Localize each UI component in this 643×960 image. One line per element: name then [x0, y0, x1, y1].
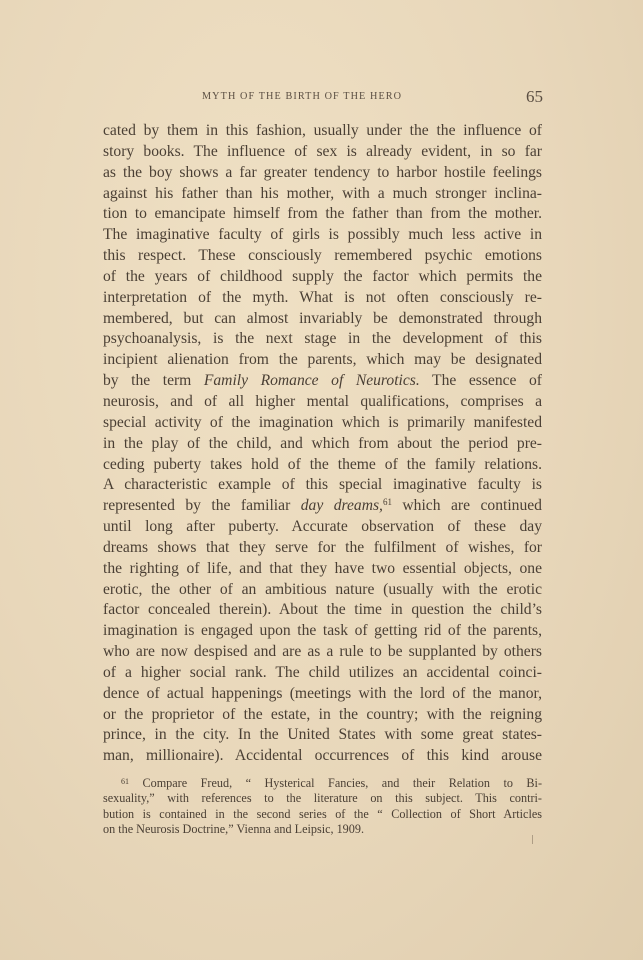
text-line: in the play of the child, and which from… [103, 434, 542, 455]
footnote-line: 61 Compare Freud, “ Hysterical Fancies, … [103, 776, 542, 791]
text-line: until long after puberty. Accurate obser… [103, 517, 542, 538]
running-title: MYTH OF THE BIRTH OF THE HERO [202, 91, 402, 102]
footnote-line: sexuality,” with references to the liter… [103, 791, 542, 806]
text-line: or the proprietor of the estate, in the … [103, 705, 542, 726]
text-line: tion to emancipate himself from the fath… [103, 204, 542, 225]
footnote-reference: 61 [383, 497, 392, 507]
text-line: erotic, the other of an ambitious nature… [103, 580, 542, 601]
text-line: incipient alienation from the parents, w… [103, 350, 542, 371]
text-line: factor concealed therein). About the tim… [103, 600, 542, 621]
text-line: neurosis, and of all higher mental quali… [103, 392, 542, 413]
text-line: A characteristic example of this special… [103, 475, 542, 496]
text-line: dreams shows that they serve for the ful… [103, 538, 542, 559]
text-line: interpretation of the myth. What is not … [103, 288, 542, 309]
text-line: of a higher social rank. The child utili… [103, 663, 542, 684]
text-line: man, millionaire). Accidental occurrence… [103, 746, 542, 767]
text-line: The imaginative faculty of girls is poss… [103, 225, 542, 246]
text-line: psychoanalysis, is the next stage in the… [103, 329, 542, 350]
footnote-line: on the Neurosis Doctrine,” Vienna and Le… [103, 822, 542, 837]
text-line: dence of actual happenings (meetings wit… [103, 684, 542, 705]
text-line: the righting of life, and that they have… [103, 559, 542, 580]
page-number: 65 [526, 87, 543, 107]
footnote-marker: 61 [121, 777, 129, 786]
text-line: as the boy shows a far greater tendency … [103, 163, 542, 184]
text-line: against his father than his mother, with… [103, 184, 542, 205]
text-line: ceding puberty takes hold of the theme o… [103, 455, 542, 476]
text-line: imagination is engaged upon the task of … [103, 621, 542, 642]
text-line: prince, in the city. In the United State… [103, 725, 542, 746]
text-line: this respect. These consciously remember… [103, 246, 542, 267]
text-line: represented by the familiar day dreams,6… [103, 496, 542, 517]
text-line: membered, but can almost invariably be d… [103, 309, 542, 330]
text-line: cated by them in this fashion, usually u… [103, 121, 542, 142]
italic-phrase: day dreams, [301, 497, 383, 514]
text-line: special activity of the imagination whic… [103, 413, 542, 434]
text-line: of the years of childhood supply the fac… [103, 267, 542, 288]
running-header: MYTH OF THE BIRTH OF THE HERO 65 [200, 87, 543, 107]
text-line: by the term Family Romance of Neurotics.… [103, 371, 542, 392]
italic-phrase: Family Romance of Neurotics. [204, 372, 420, 389]
paper-speck [532, 835, 533, 844]
body-text: cated by them in this fashion, usually u… [103, 121, 542, 767]
footnote: 61 Compare Freud, “ Hysterical Fancies, … [103, 776, 542, 837]
text-line: story books. The influence of sex is alr… [103, 142, 542, 163]
text-line: who are now despised and are as a rule t… [103, 642, 542, 663]
footnote-line: bution is contained in the second series… [103, 807, 542, 822]
book-page: MYTH OF THE BIRTH OF THE HERO 65 cated b… [0, 0, 643, 960]
